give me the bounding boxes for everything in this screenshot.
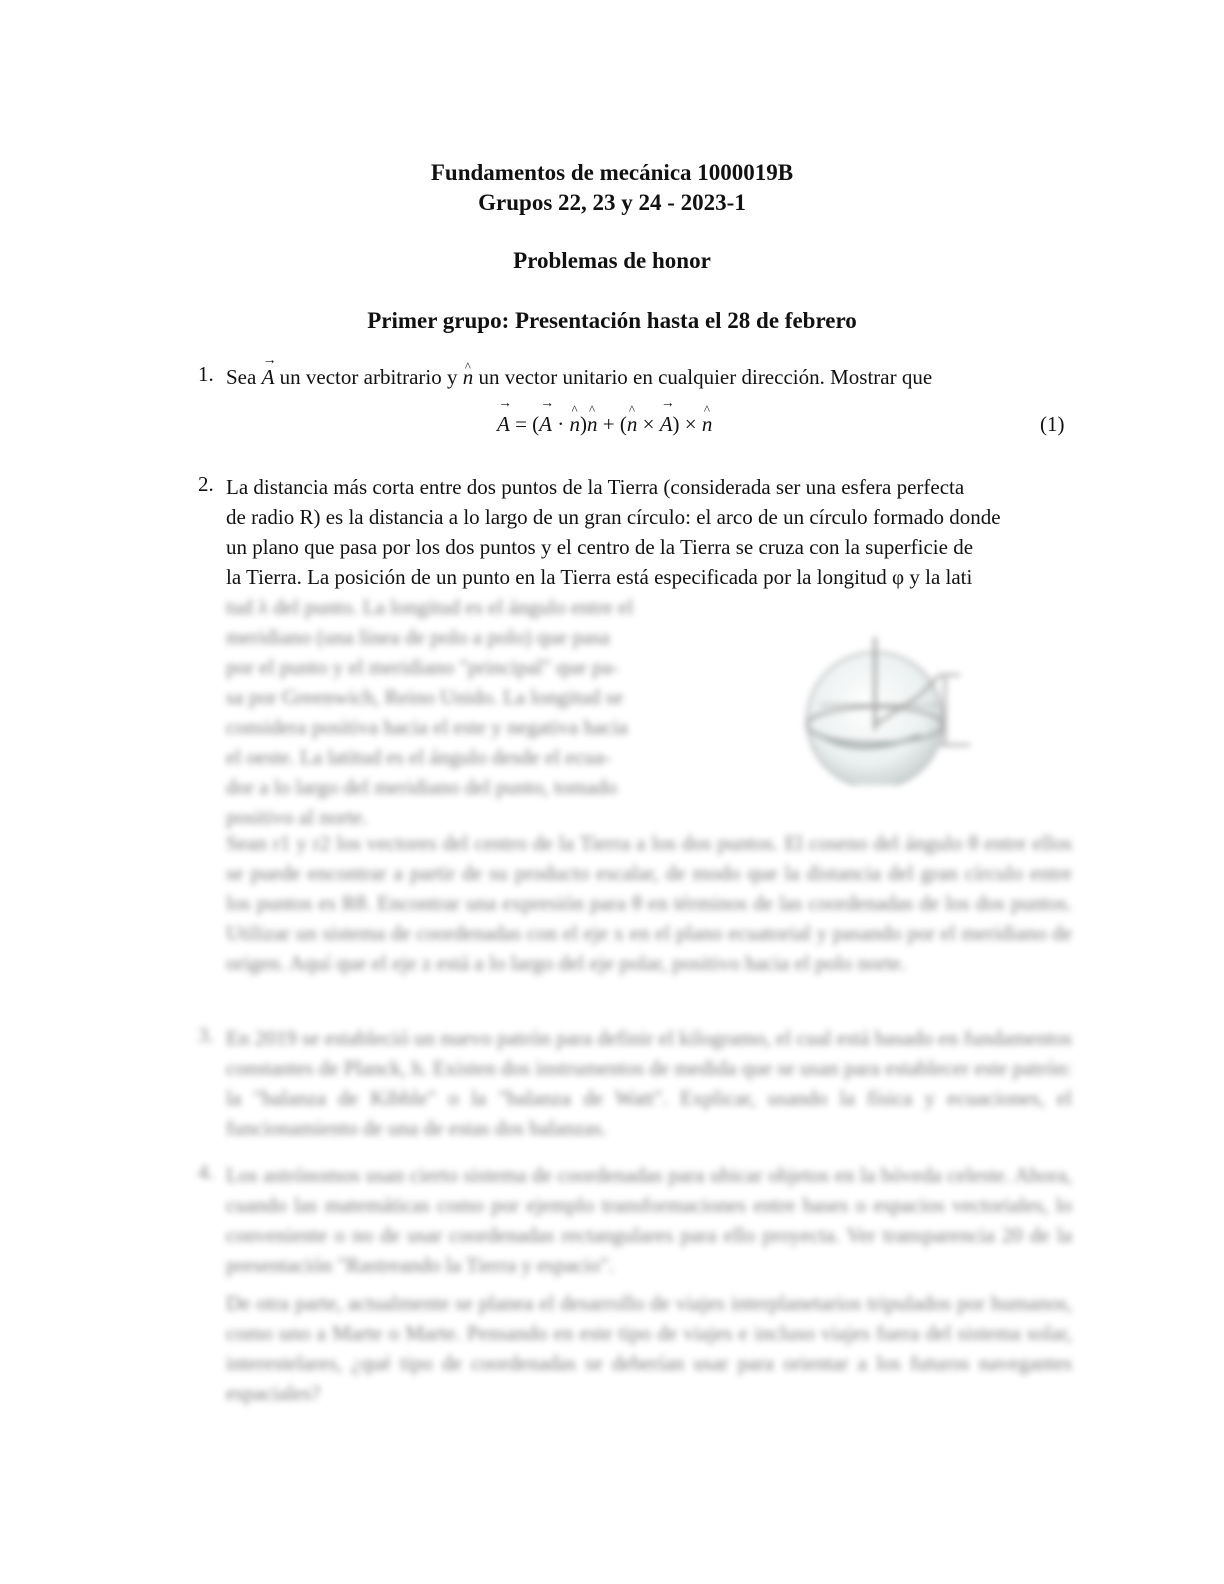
unit-vector-n-symbol: n	[463, 362, 474, 392]
sphere-coordinates-figure	[800, 635, 980, 785]
text-line: de radio R) es la distancia a lo largo d…	[226, 502, 1072, 532]
problem-4-paragraph-1: Los astrónomos usan cierto sistema de co…	[226, 1160, 1072, 1280]
sphere-diagram-icon	[800, 635, 980, 785]
problem-4-paragraph-2: De otra parte, actualmente se planea el …	[226, 1288, 1072, 1408]
problem-2-paragraph: Sean r1 y r2 los vectores del centro de …	[226, 828, 1072, 978]
text-line: sa por Greenwich, Reino Unido. La longit…	[226, 682, 676, 712]
problem-2-text: La distancia más corta entre dos puntos …	[226, 472, 1072, 592]
text-line: tud λ del punto. La longitud es el ángul…	[226, 592, 676, 622]
problem-2-wrap-text: tud λ del punto. La longitud es el ángul…	[226, 592, 676, 832]
problem-1-text-part: un vector unitario en cualquier direcció…	[473, 365, 932, 389]
text-line: meridiano (una línea de polo a polo) que…	[226, 622, 676, 652]
course-title: Fundamentos de mecánica 1000019B	[0, 160, 1224, 186]
problem-1-text: Sea A un vector arbitrario y n un vector…	[226, 362, 1072, 392]
problem-1-text-part: un vector arbitrario y	[274, 365, 462, 389]
subsection-title: Primer grupo: Presentación hasta el 28 d…	[0, 308, 1224, 334]
section-title: Problemas de honor	[0, 248, 1224, 274]
text-line: el oeste. La latitud es el ángulo desde …	[226, 742, 676, 772]
groups-line: Grupos 22, 23 y 24 - 2023-1	[0, 190, 1224, 216]
problem-1-number: 1.	[198, 362, 214, 387]
text-line: por el punto y el meridiano "principal" …	[226, 652, 676, 682]
problem-3-text: En 2019 se estableció un nuevo patrón pa…	[226, 1023, 1072, 1143]
text-line: la Tierra. La posición de un punto en la…	[226, 562, 1072, 592]
document-page: Fundamentos de mecánica 1000019B Grupos …	[0, 0, 1224, 1584]
problem-1-text-part: Sea	[226, 365, 262, 389]
problem-3-number: 3.	[198, 1023, 214, 1048]
text-line: La distancia más corta entre dos puntos …	[226, 472, 1072, 502]
equation-body: A = (A · n)n + (n × A) × n	[497, 412, 712, 437]
text-line: dor a lo largo del meridiano del punto, …	[226, 772, 676, 802]
problem-2-number: 2.	[198, 472, 214, 497]
equation-number: (1)	[1040, 412, 1065, 437]
text-line: considera positiva hacia el este y negat…	[226, 712, 676, 742]
text-line: un plano que pasa por los dos puntos y e…	[226, 532, 1072, 562]
problem-4-number: 4.	[198, 1160, 214, 1185]
vector-a-symbol: A	[262, 362, 275, 392]
